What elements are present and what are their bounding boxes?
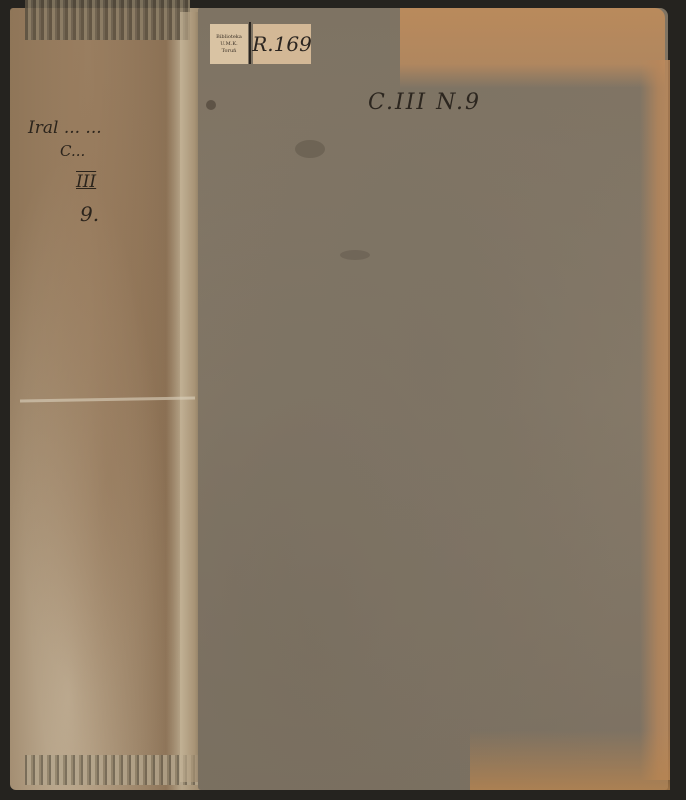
stain xyxy=(295,140,325,158)
spine-volume-numeral: III xyxy=(76,172,96,192)
spine-title-line-2: C... xyxy=(60,142,85,160)
spine-bottom-frayed-edge xyxy=(25,755,205,785)
label-line-3: Toruń xyxy=(222,48,237,55)
cover-handwritten-mark: C.III N.9 xyxy=(368,90,481,115)
label-divider xyxy=(249,22,251,64)
cover-worn-edge-right xyxy=(640,60,670,780)
call-number: R.169 xyxy=(253,24,311,64)
cover-worn-corner-bottom xyxy=(470,730,670,790)
front-cover xyxy=(198,8,668,790)
label-line-2: U.M.K. xyxy=(220,41,237,48)
stain xyxy=(206,100,216,110)
label-line-1: Biblioteka xyxy=(216,34,242,41)
stain xyxy=(340,250,370,260)
spine-title-line-1: Iral ... ... xyxy=(28,118,102,138)
book-photograph: Iral ... ... C... III 9. Biblioteka U.M.… xyxy=(0,0,686,800)
spine-volume-number: 9. xyxy=(80,202,99,226)
spine-top-frayed-edge xyxy=(25,0,190,40)
library-label: Biblioteka U.M.K. Toruń xyxy=(210,24,248,64)
cover-worn-corner-top xyxy=(400,8,665,88)
